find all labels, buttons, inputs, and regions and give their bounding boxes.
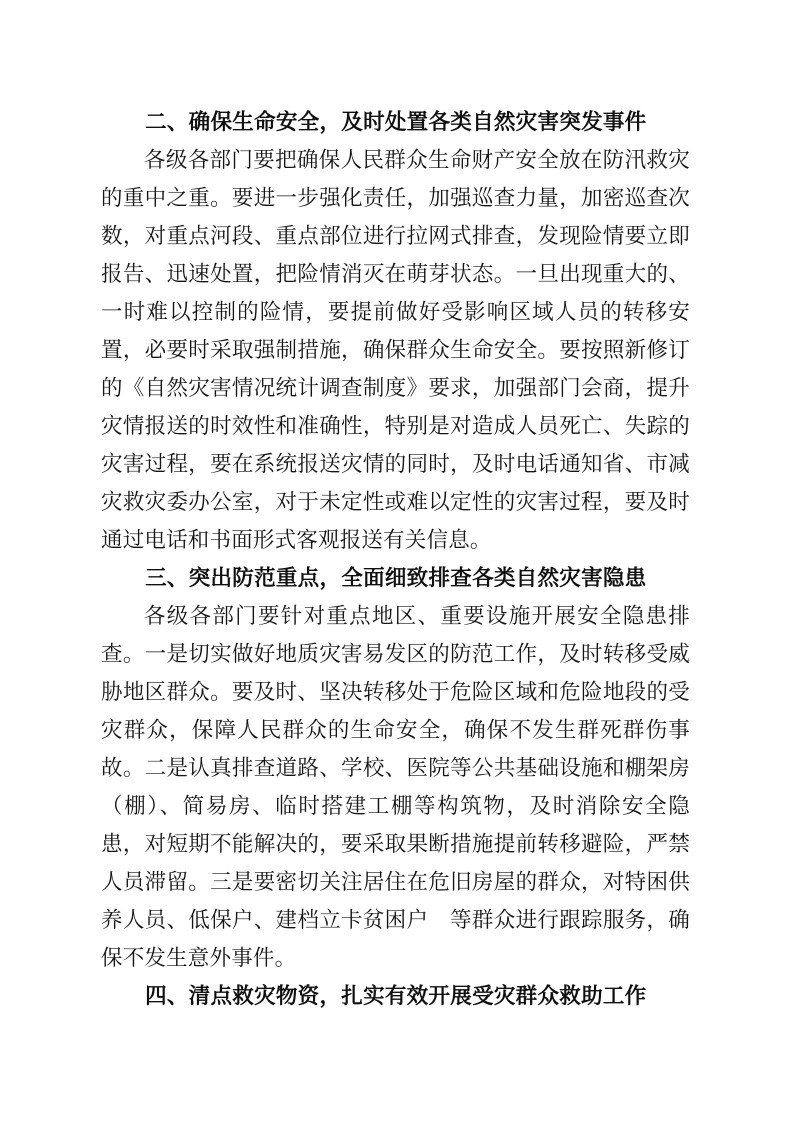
- section-3-paragraph: 各级各部门要针对重点地区、重要设施开展安全隐患排查。一是切实做好地质灾害易发区的…: [101, 597, 690, 977]
- section-4-heading: 四、清点救灾物资，扎实有效开展受灾群众救助工作: [101, 977, 690, 1015]
- section-2-heading: 二、确保生命安全，及时处置各类自然灾害突发事件: [101, 103, 690, 141]
- document-text-block: 二、确保生命安全，及时处置各类自然灾害突发事件 各级各部门要把确保人民群众生命财…: [101, 103, 690, 1015]
- document-page: 二、确保生命安全，及时处置各类自然灾害突发事件 各级各部门要把确保人民群众生命财…: [0, 0, 793, 1122]
- section-3-heading: 三、突出防范重点，全面细致排查各类自然灾害隐患: [101, 559, 690, 597]
- section-3: 三、突出防范重点，全面细致排查各类自然灾害隐患 各级各部门要针对重点地区、重要设…: [101, 559, 690, 977]
- section-2-paragraph: 各级各部门要把确保人民群众生命财产安全放在防汛救灾的重中之重。要进一步强化责任，…: [101, 141, 690, 559]
- section-4: 四、清点救灾物资，扎实有效开展受灾群众救助工作: [101, 977, 690, 1015]
- section-2: 二、确保生命安全，及时处置各类自然灾害突发事件 各级各部门要把确保人民群众生命财…: [101, 103, 690, 559]
